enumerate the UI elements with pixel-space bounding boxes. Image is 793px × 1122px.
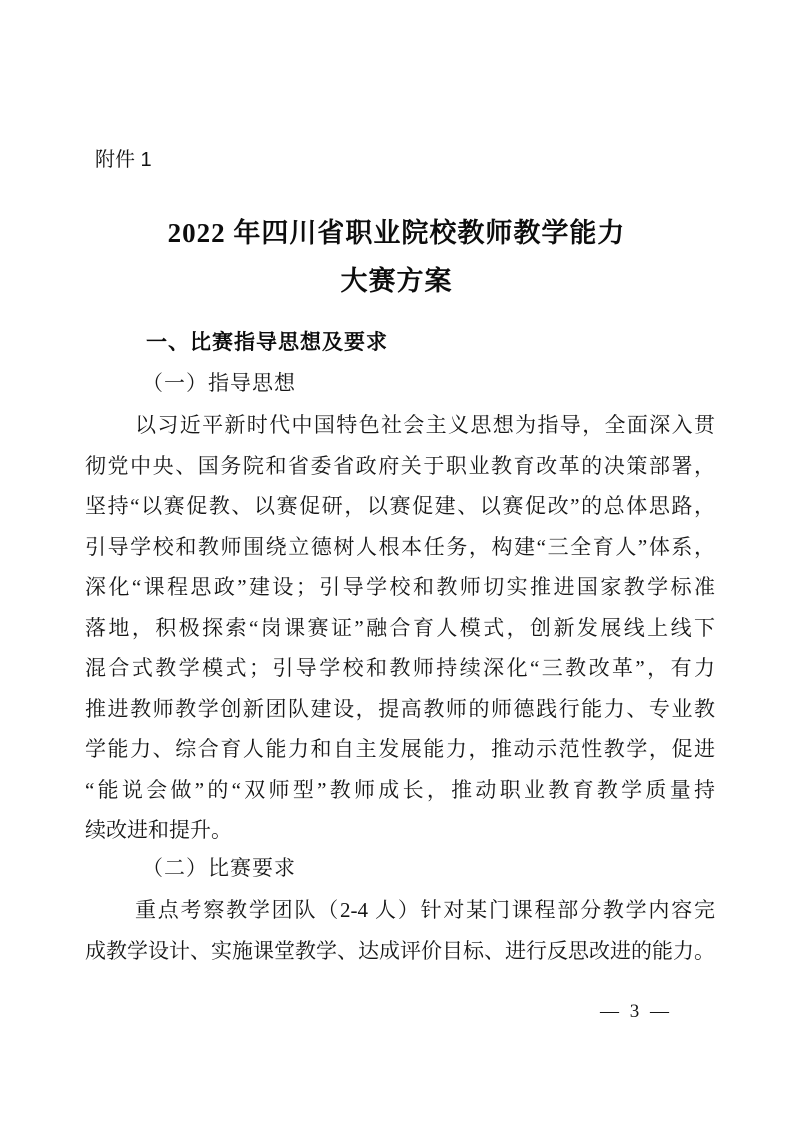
- text-line: 引导学校和教师围绕立德树人根本任务，构建“三全育人”体系，: [85, 527, 715, 568]
- text-line: 重点考察教学团队（2-4 人）针对某门课程部分教学内容完: [85, 890, 715, 931]
- text-line: 续改进和提升。: [85, 810, 715, 851]
- text-line: 坚持“以赛促教、以赛促研，以赛促建、以赛促改”的总体思路，: [85, 486, 715, 527]
- section-heading-1: 一、比赛指导思想及要求: [146, 329, 388, 357]
- document-title: 2022 年四川省职业院校教师教学能力 大赛方案: [0, 209, 793, 305]
- document-title-line2: 大赛方案: [0, 257, 793, 305]
- text-line: 推进教师教学创新团队建设，提高教师的师德践行能力、专业教: [85, 689, 715, 730]
- document-page: 附件 1 2022 年四川省职业院校教师教学能力 大赛方案 一、比赛指导思想及要…: [0, 0, 793, 1122]
- text-line: 成教学设计、实施课堂教学、达成评价目标、进行反思改进的能力。: [85, 931, 715, 972]
- text-line: 以习近平新时代中国特色社会主义思想为指导，全面深入贯: [85, 405, 715, 446]
- attachment-label: 附件 1: [95, 146, 152, 174]
- text-line: 落地，积极探索“岗课赛证”融合育人模式，创新发展线上线下: [85, 608, 715, 649]
- text-line: 彻党中央、国务院和省委省政府关于职业教育改革的决策部署，: [85, 446, 715, 487]
- paragraph-competition-requirements: 重点考察教学团队（2-4 人）针对某门课程部分教学内容完成教学设计、实施课堂教学…: [85, 890, 715, 971]
- page-number: — 3 —: [600, 1001, 672, 1023]
- sub-heading-guiding-ideology: （一）指导思想: [142, 369, 296, 397]
- paragraph-guiding-ideology: 以习近平新时代中国特色社会主义思想为指导，全面深入贯彻党中央、国务院和省委省政府…: [85, 405, 715, 851]
- text-line: 学能力、综合育人能力和自主发展能力，推动示范性教学，促进: [85, 729, 715, 770]
- text-line: 深化“课程思政”建设；引导学校和教师切实推进国家教学标准: [85, 567, 715, 608]
- sub-heading-competition-requirements: （二）比赛要求: [142, 854, 296, 882]
- text-line: “能说会做”的“双师型”教师成长，推动职业教育教学质量持: [85, 770, 715, 811]
- document-title-line1: 2022 年四川省职业院校教师教学能力: [0, 209, 793, 257]
- text-line: 混合式教学模式；引导学校和教师持续深化“三教改革”，有力: [85, 648, 715, 689]
